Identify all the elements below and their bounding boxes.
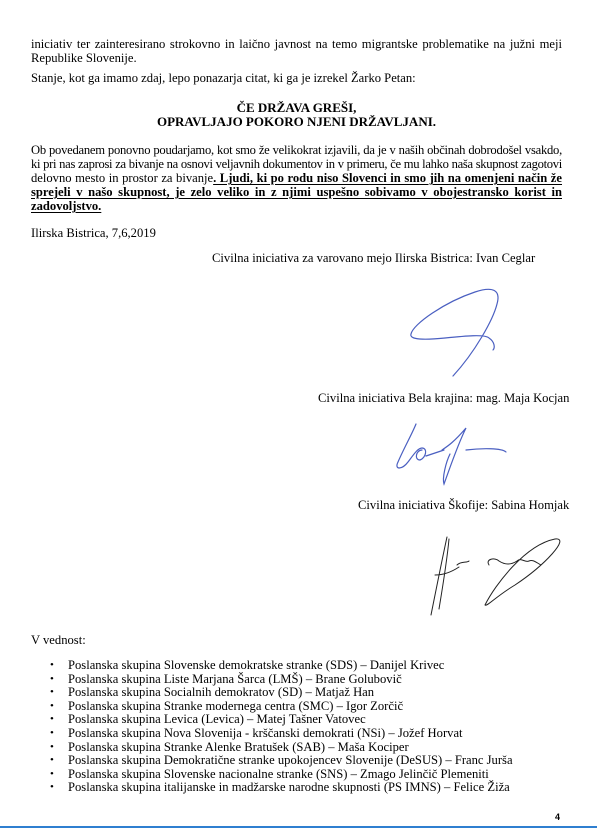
quote-heading-line-2: OPRAVLJAJO POKORO NJENI DRŽAVLJANI. [31, 115, 562, 129]
cc-list-item: •Poslanska skupina Slovenske demokratske… [0, 659, 597, 673]
intro-paragraph: iniciativ ter zainteresirano strokovno i… [31, 37, 562, 65]
cc-list-item: •Poslanska skupina Stranke modernega cen… [0, 700, 597, 714]
intro-line-2: Republike Slovenije. [31, 51, 562, 65]
quote-heading: ČE DRŽAVA GREŠI, OPRAVLJAJO POKORO NJENI… [31, 101, 562, 129]
footer-rule [0, 826, 597, 828]
cc-list: •Poslanska skupina Slovenske demokratske… [0, 659, 597, 795]
cc-list-item: •Poslanska skupina Slovenske nacionalne … [0, 768, 597, 782]
signatory-3-label: Civilna iniciativa Škofije: Sabina Homja… [358, 498, 569, 512]
bullet-icon: • [50, 754, 54, 768]
cc-list-item: •Poslanska skupina Stranke Alenke Bratuš… [0, 741, 597, 755]
statement-line-4: sprejeli v našo skupnost, je zelo veliko… [31, 185, 562, 199]
statement-line-5: zadovoljstvo. [31, 199, 562, 213]
statement-paragraph: Ob povedanem ponovno poudarjamo, kot smo… [31, 143, 562, 213]
cc-list-item: •Poslanska skupina Nova Slovenija - kršč… [0, 727, 597, 741]
statement-line-3: delovno mesto in prostor za bivanje. Lju… [31, 171, 562, 185]
statement-line-3-emphasis: . Ljudi, ki po rodu niso Slovenci in smo… [213, 171, 562, 185]
cc-list-item: •Poslanska skupina Demokratične stranke … [0, 754, 597, 768]
bullet-icon: • [50, 727, 54, 741]
statement-line-1: Ob povedanem ponovno poudarjamo, kot smo… [31, 143, 562, 157]
cc-list-item: •Poslanska skupina italijanske in madžar… [0, 781, 597, 795]
statement-line-2: ki pri nas zaprosi za bivanje na osnovi … [31, 157, 562, 171]
bullet-icon: • [50, 700, 54, 714]
signature-3-icon [425, 525, 575, 620]
bullet-icon: • [50, 686, 54, 700]
cc-label: V vednost: [31, 633, 562, 647]
signatory-1-label: Civilna iniciativa za varovano mejo Ilir… [212, 251, 535, 265]
cc-list-item: •Poslanska skupina Levica (Levica) – Mat… [0, 713, 597, 727]
statement-line-3-plain: delovno mesto in prostor za bivanje [31, 171, 213, 185]
bullet-icon: • [50, 781, 54, 795]
signature-1-icon [405, 272, 535, 382]
bullet-icon: • [50, 768, 54, 782]
intro-line-1: iniciativ ter zainteresirano strokovno i… [31, 37, 562, 51]
document-page: iniciativ ter zainteresirano strokovno i… [0, 0, 597, 829]
bullet-icon: • [50, 659, 54, 673]
signature-2-icon [392, 418, 522, 488]
signatory-2-label: Civilna iniciativa Bela krajina: mag. Ma… [318, 391, 569, 405]
place-date: Ilirska Bistrica, 7,6,2019 [31, 226, 562, 240]
bullet-icon: • [50, 741, 54, 755]
page-number: 4 [555, 812, 560, 822]
bullet-icon: • [50, 713, 54, 727]
cc-list-item: •Poslanska skupina Liste Marjana Šarca (… [0, 673, 597, 687]
quote-heading-line-1: ČE DRŽAVA GREŠI, [31, 101, 562, 115]
bullet-icon: • [50, 673, 54, 687]
cc-list-item: •Poslanska skupina Socialnih demokratov … [0, 686, 597, 700]
quote-intro: Stanje, kot ga imamo zdaj, lepo ponazarj… [31, 71, 562, 85]
